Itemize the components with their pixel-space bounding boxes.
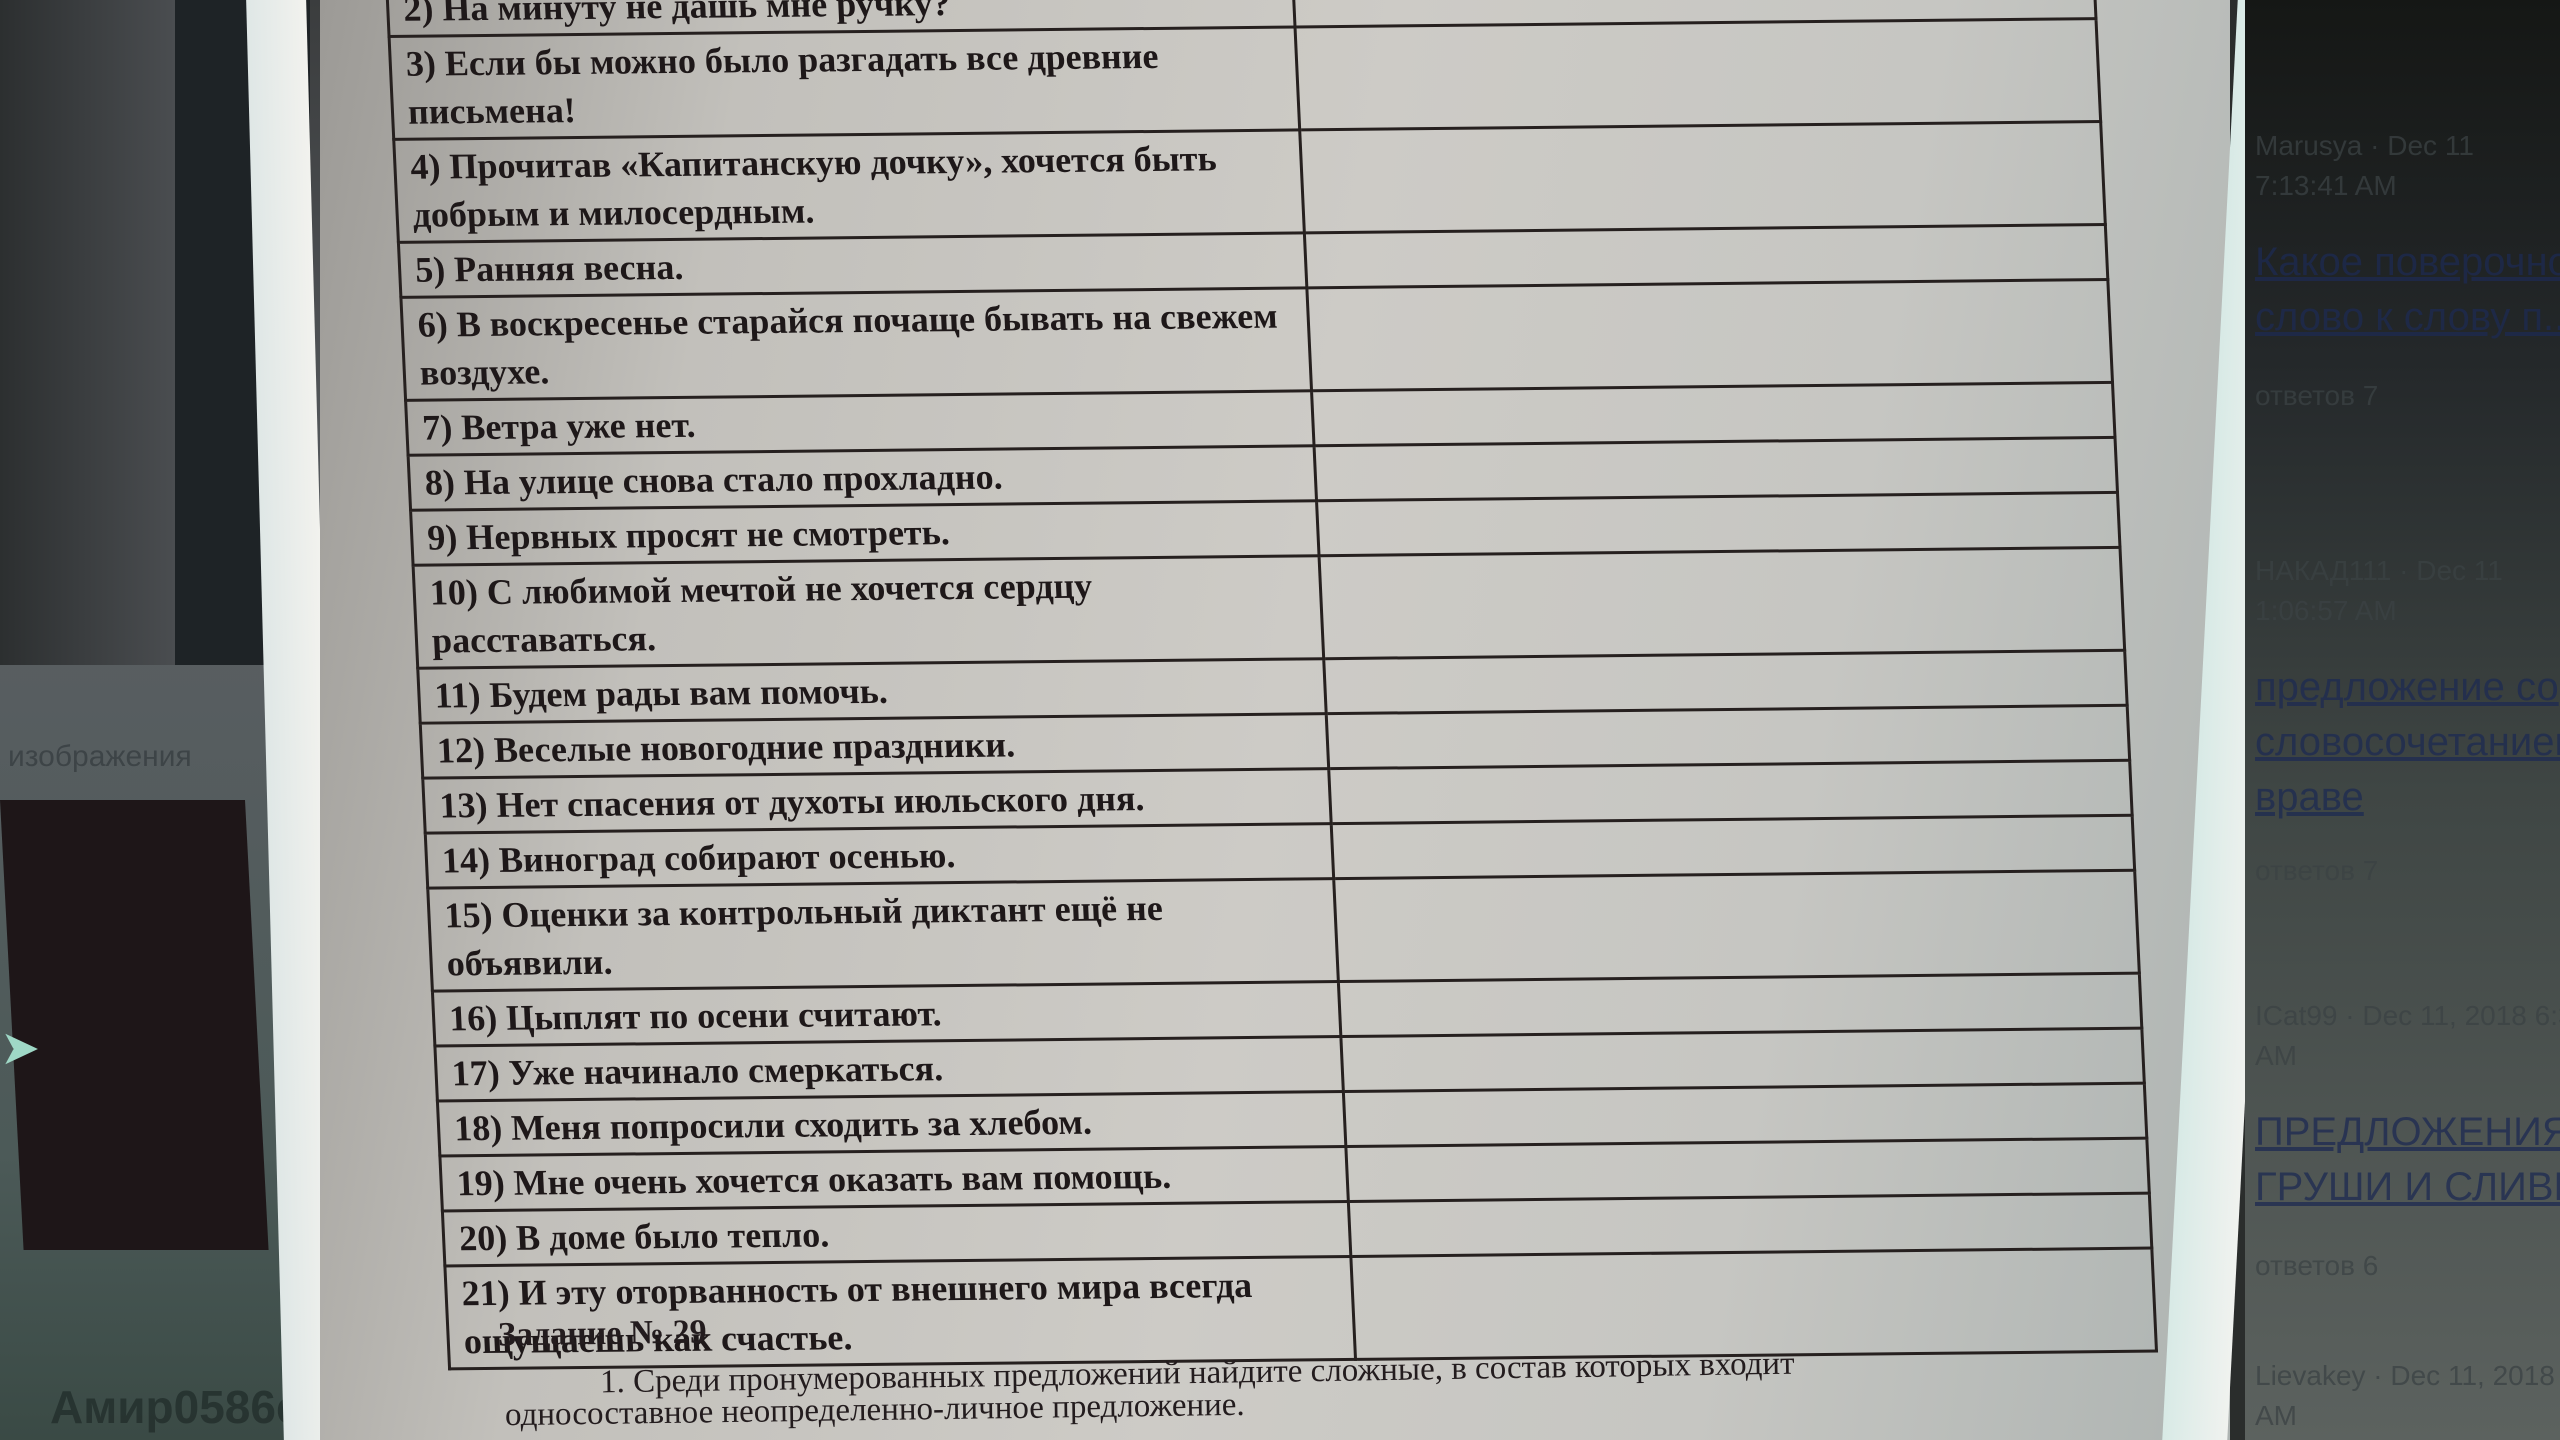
table-row: 15) Оценки за контрольный диктант ещё не… [428,870,2140,991]
question-meta: ICat99 · Dec 11, 2018 6:3 [2255,1000,2560,1032]
answer-cell[interactable] [1348,1193,2151,1256]
sentence-cell: 19) Мне очень хочется оказать вам помощь… [440,1147,1348,1211]
answer-cell[interactable] [1312,382,2115,445]
question-link[interactable]: словосочетанием ро... [2255,720,2560,765]
sentence-cell: 15) Оценки за контрольный диктант ещё не… [428,879,1339,991]
answer-cell[interactable] [1341,1028,2144,1091]
answer-cell[interactable] [1295,19,2101,130]
task-title: Задание № 29 [498,1314,707,1355]
question-time: 7:13:41 AM [2255,170,2397,202]
answer-cell[interactable] [1319,547,2125,658]
answer-cell[interactable] [1300,122,2106,233]
question-meta: Lievakey · Dec 11, 2018 11 [2255,1360,2560,1392]
question-link[interactable]: ГРУШИ И СЛИВЫ [2255,1165,2560,1210]
question-meta: НАКАД111 · Dec 11 [2255,555,2503,587]
answer-cell[interactable] [1343,1083,2146,1146]
answer-cell[interactable] [1346,1138,2149,1201]
related-questions-panel: Marusya · Dec 117:13:41 AMКакое поверочн… [2245,0,2560,1440]
question-link[interactable]: ПРЕДЛОЖЕНИЯ ЯБЛ [2255,1110,2560,1155]
sentence-cell: 20) В доме было тепло. [442,1201,1350,1265]
sentence-cell: 13) Нет спасения от духоты июльского дня… [423,769,1331,833]
question-link[interactable]: Какое поверочное [2255,240,2560,285]
question-time: AM [2255,1400,2297,1432]
left-dark-panel [0,0,175,665]
sentence-cell: 5) Ранняя весна. [398,233,1306,297]
question-link[interactable]: предложение со [2255,665,2559,710]
table-row: 10) С любимой мечтой не хочется сердцу р… [413,547,2125,668]
sentence-cell: 7) Ветра уже нет. [406,391,1314,455]
table-row: 4) Прочитав «Капитанскую дочку», хочется… [394,122,2106,243]
answers-count: ответов 7 [2255,855,2378,887]
sentence-cell: 8) На улице снова стало прохладно. [408,446,1316,510]
question-time: 1:06:57 AM [2255,595,2397,627]
question-link[interactable]: враве [2255,775,2364,820]
media-preview[interactable] [0,800,269,1250]
images-label: изображения [8,740,192,774]
answer-cell[interactable] [1334,870,2140,981]
answer-cell[interactable] [1307,279,2113,390]
answer-cell[interactable] [1351,1248,2157,1359]
answer-cell[interactable] [1314,437,2117,500]
answers-count: ответов 6 [2255,1250,2378,1282]
answer-cell[interactable] [1326,705,2129,768]
table-row: 6) В воскресенье старайся почаще бывать … [401,279,2113,400]
answer-cell[interactable] [1324,650,2127,713]
answer-cell[interactable] [1304,224,2107,287]
sentence-cell: 17) Уже начинало смеркаться. [435,1037,1343,1101]
sentence-cell: 14) Виноград собирают осенью. [425,824,1333,888]
answer-cell[interactable] [1329,760,2132,823]
sentence-cell: 4) Прочитав «Капитанскую дочку», хочется… [394,130,1305,242]
sentence-cell: 12) Веселые новогодние праздники. [420,714,1328,778]
sentence-cell: 16) Цыплят по осени считают. [432,982,1340,1046]
sentence-cell: 18) Меня попросили сходить за хлебом. [437,1092,1345,1156]
sentence-cell: 3) Если бы можно было разгадать все древ… [389,27,1300,139]
table-row: 3) Если бы можно было разгадать все древ… [389,19,2101,140]
answer-cell[interactable] [1317,492,2120,555]
answer-cell[interactable] [1338,973,2141,1036]
question-meta: Marusya · Dec 11 [2255,130,2474,162]
question-link[interactable]: слово к слову п... [2255,295,2560,340]
sentences-table: 2) На минуту не дашь мне ручку?3) Если б… [385,0,2158,1370]
sentence-cell: 9) Нервных просят не смотреть. [411,501,1319,565]
answers-count: ответов 7 [2255,380,2378,412]
sentence-cell: 10) С любимой мечтой не хочется сердцу р… [413,556,1324,668]
answer-cell[interactable] [1331,815,2134,878]
mouse-cursor-icon: ➤ [0,1020,40,1076]
question-time: AM [2255,1040,2297,1072]
sentence-cell: 11) Будем рады вам помочь. [418,659,1326,723]
sentence-cell: 6) В воскресенье старайся почаще бывать … [401,288,1312,400]
